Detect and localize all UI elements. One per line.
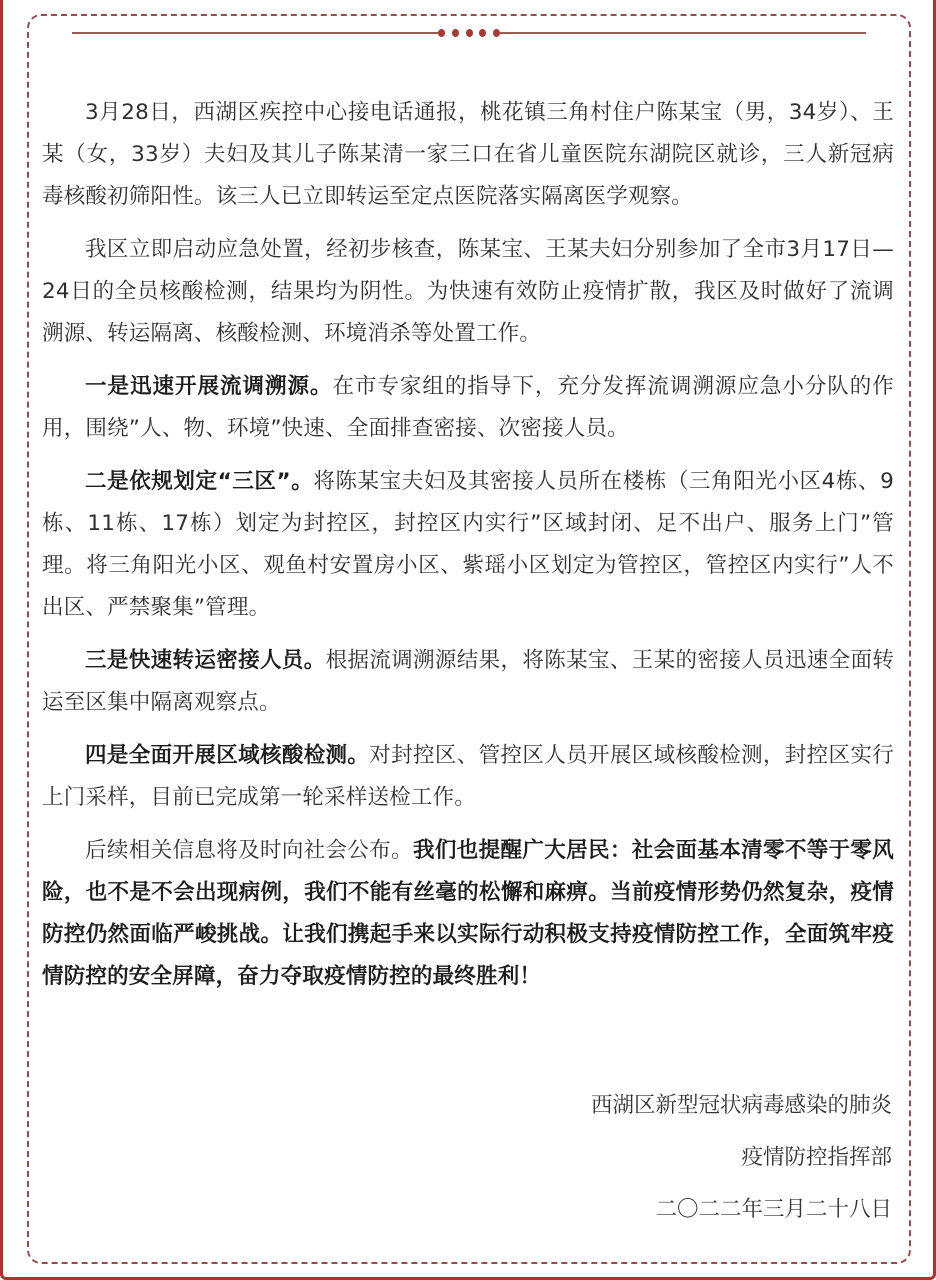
paragraph-measure-3: 三是快速转运密接人员。根据流调溯源结果，将陈某宝、王某的密接人员迅速全面转运至区… (42, 640, 894, 724)
dot-icon (466, 29, 473, 37)
measure-heading: 三是快速转运密接人员。 (85, 648, 326, 673)
paragraph-response: 我区立即启动应急处置，经初步核查，陈某宝、王某夫妇分别参加了全市3月17日—24… (42, 229, 894, 355)
notice-body: 3月28日，西湖区疾控中心接电话通报，桃花镇三角村住户陈某宝（男，34岁）、王某… (42, 92, 894, 1009)
measure-heading: 二是依规划定“三区”。 (85, 469, 313, 494)
paragraph-measure-4: 四是全面开展区域核酸检测。对封控区、管控区人员开展区域核酸检测，封控区实行上门采… (42, 735, 894, 819)
dot-icon (452, 29, 459, 37)
signature-org-line1: 西湖区新型冠状病毒感染的肺炎 (591, 1080, 892, 1132)
signature-block: 西湖区新型冠状病毒感染的肺炎 疫情防控指挥部 二〇二二年三月二十八日 (591, 1080, 892, 1236)
paragraph-measure-1: 一是迅速开展流调溯源。在市专家组的指导下，充分发挥流调溯源应急小分队的作用，围绕… (42, 366, 894, 450)
paragraph-incident: 3月28日，西湖区疾控中心接电话通报，桃花镇三角村住户陈某宝（男，34岁）、王某… (42, 92, 894, 218)
signature-org-line2: 疫情防控指挥部 (591, 1132, 892, 1184)
measure-heading: 四是全面开展区域核酸检测。 (85, 743, 369, 768)
paragraph-reminder: 后续相关信息将及时向社会公布。我们也提醒广大居民：社会面基本清零不等于零风险，也… (42, 830, 894, 998)
divider-line-right (500, 32, 866, 34)
divider-line-left (72, 32, 438, 34)
paragraph-measure-2: 二是依规划定“三区”。将陈某宝夫妇及其密接人员所在楼栋（三角阳光小区4栋、9栋、… (42, 461, 894, 629)
measure-heading: 一是迅速开展流调溯源。 (85, 374, 332, 399)
dot-icon (493, 29, 500, 37)
dot-icon (438, 29, 445, 37)
signature-date: 二〇二二年三月二十八日 (591, 1184, 892, 1236)
dot-icon (479, 29, 486, 37)
decorative-divider (72, 32, 866, 35)
divider-dots (438, 29, 500, 37)
